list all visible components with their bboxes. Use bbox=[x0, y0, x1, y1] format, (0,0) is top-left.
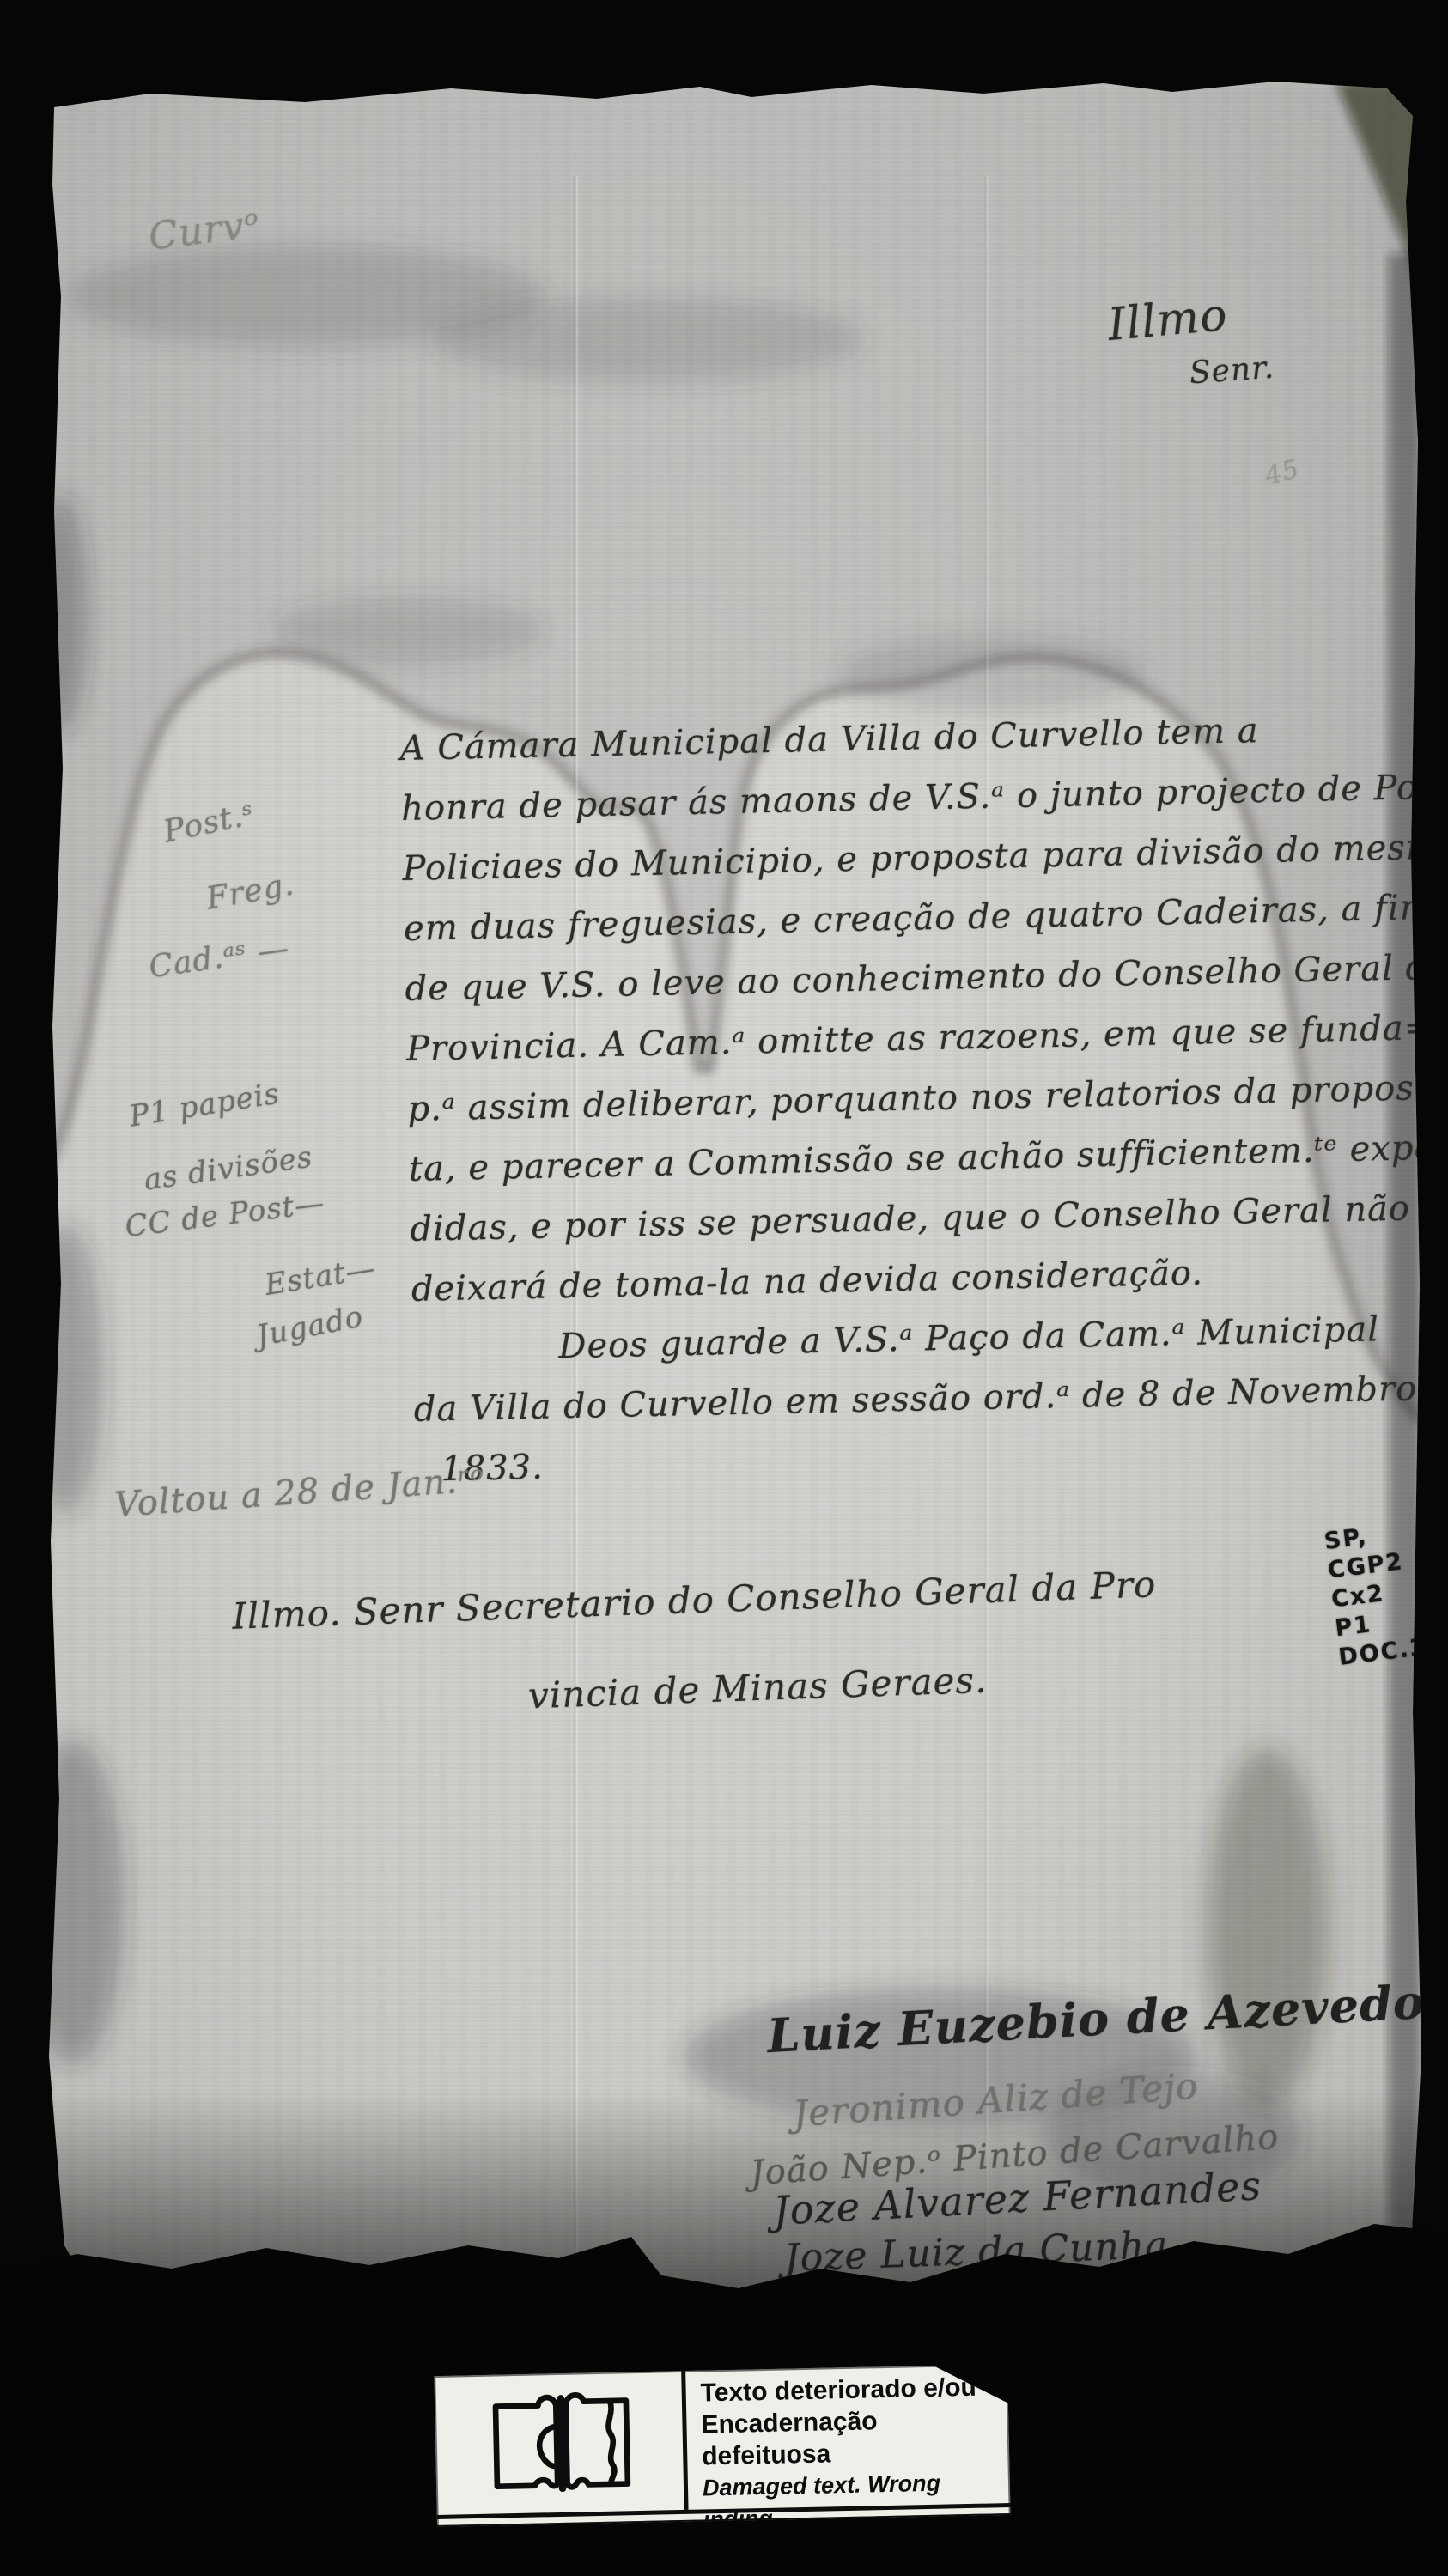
label-divider bbox=[681, 2371, 688, 2510]
label-line-pt2: Encadernação defeituosa bbox=[701, 2403, 1009, 2472]
archive-condition-label: Texto deteriorado e/ou Encadernação defe… bbox=[434, 2364, 1011, 2527]
damaged-book-icon bbox=[479, 2385, 645, 2494]
scanned-manuscript-photo: Curvᵒ 45 Illmo Senr. A Cámara Municipal … bbox=[0, 0, 1448, 2576]
manuscript-paper: Curvᵒ 45 Illmo Senr. A Cámara Municipal … bbox=[47, 82, 1421, 2331]
letter-body: A Cámara Municipal da Villa do Curvello … bbox=[399, 696, 1448, 1500]
salutation-senr: Senr. bbox=[1189, 350, 1275, 392]
archival-reference: SP, CGP2 Cx2 P1 DOC.30 bbox=[1323, 1515, 1447, 1673]
salutation-illmo: Illmo bbox=[1106, 289, 1230, 351]
